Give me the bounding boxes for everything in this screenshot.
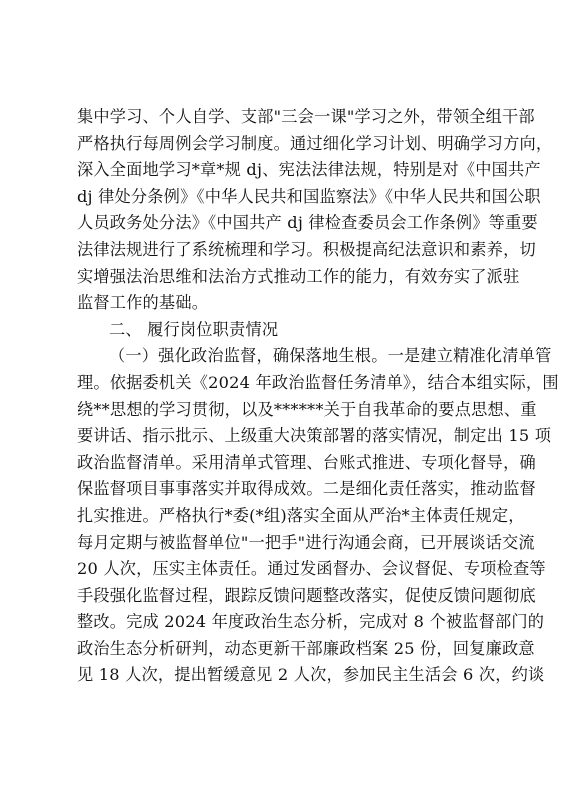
text-line: 政治生态分析研判，动态更新干部廉政档案 25 份，回复廉政意 (77, 636, 491, 663)
text-line: 监督工作的基础。 (77, 290, 491, 317)
text-line: 20 人次，压实主体责任。通过发函督办、会议督促、专项检查等 (77, 556, 491, 583)
text-line: 手段强化监督过程，跟踪反馈问题整改落实，促使反馈问题彻底 (77, 583, 491, 610)
text-line: 每月定期与被监督单位"一把手"进行沟通会商，已开展谈话交流 (77, 530, 491, 557)
document-page: 集中学习、个人自学、支部"三会一课"学习之外，带领全组干部 严格执行每周例会学习… (0, 0, 570, 807)
text-line: 法律法规进行了系统梳理和学习。积极提高纪法意识和素养，切 (77, 237, 491, 264)
text-line: 整改。完成 2024 年度政治生态分析，完成对 8 个被监督部门的 (77, 609, 491, 636)
text-line: 绕**思想的学习贯彻，以及******关于自我革命的要点思想、重 (77, 397, 491, 424)
text-line: 实增强法治思维和法治方式推动工作的能力，有效夯实了派驻 (77, 264, 491, 291)
text-line: 人员政务处分法》《中国共产 dj 律检查委员会工作条例》等重要 (77, 210, 491, 237)
text-line: 扎实推进。严格执行*委(*组)落实全面从严治*主体责任规定， (77, 503, 491, 530)
text-line: 理。依据委机关《2024 年政治监督任务清单》，结合本组实际，围 (77, 370, 491, 397)
text-line: 保监督项目事事落实并取得成效。二是细化责任落实，推动监督 (77, 476, 491, 503)
text-line: 严格执行每周例会学习制度。通过细化学习计划、明确学习方向， (77, 131, 491, 158)
paragraph-duties: （一）强化政治监督，确保落地生根。一是建立精准化清单管 理。依据委机关《2024… (77, 343, 491, 689)
text-line: 要讲话、指示批示、上级重大决策部署的落实情况，制定出 15 项 (77, 423, 491, 450)
text-line: （一）强化政治监督，确保落地生根。一是建立精准化清单管 (77, 343, 491, 370)
text-line: 深入全面地学习*章*规 dj、宪法法律法规，特别是对《中国共产 (77, 157, 491, 184)
text-line: 政治监督清单。采用清单式管理、台账式推进、专项化督导，确 (77, 450, 491, 477)
section-heading: 二、 履行岗位职责情况 (77, 317, 491, 344)
document-body: 集中学习、个人自学、支部"三会一课"学习之外，带领全组干部 严格执行每周例会学习… (77, 104, 491, 689)
text-line: dj 律处分条例》《中华人民共和国监察法》《中华人民共和国公职 (77, 184, 491, 211)
paragraph-study: 集中学习、个人自学、支部"三会一课"学习之外，带领全组干部 严格执行每周例会学习… (77, 104, 491, 317)
heading-text: 二、 履行岗位职责情况 (77, 317, 491, 344)
text-line: 见 18 人次，提出暂缓意见 2 人次，参加民主生活会 6 次，约谈 (77, 662, 491, 689)
text-line: 集中学习、个人自学、支部"三会一课"学习之外，带领全组干部 (77, 104, 491, 131)
